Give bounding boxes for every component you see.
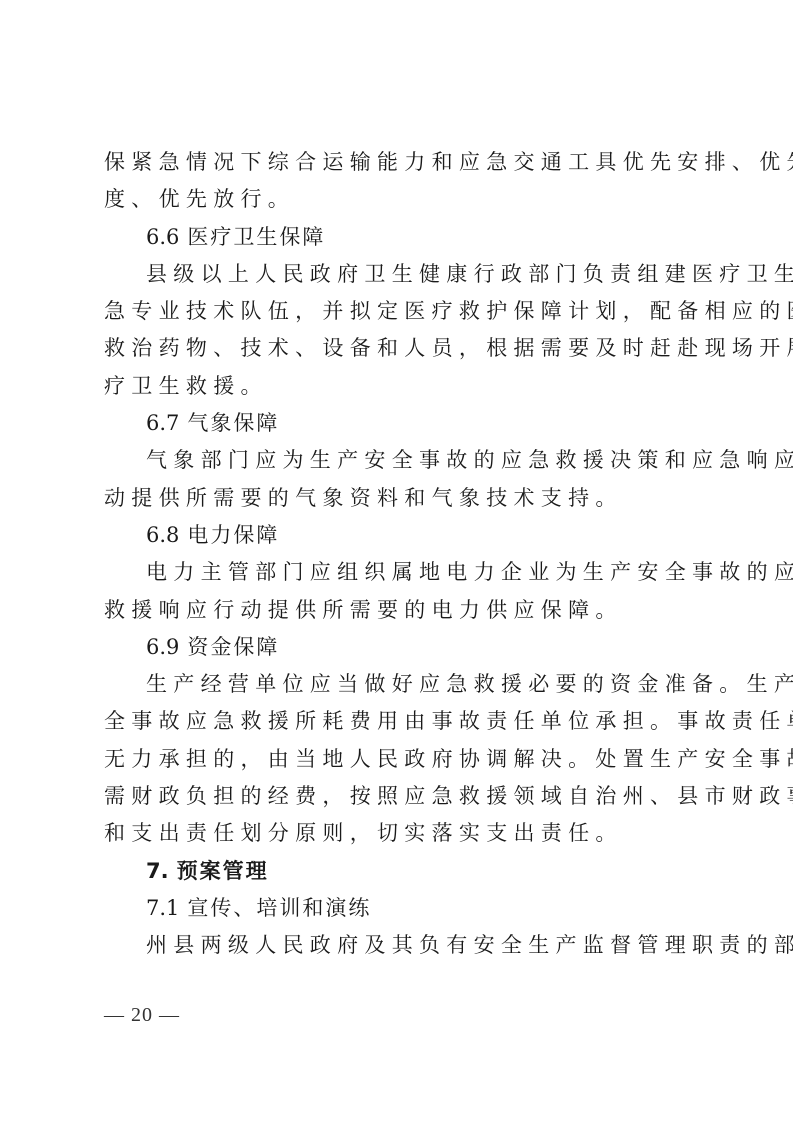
section-title: 医疗卫生保障 (187, 225, 325, 249)
paragraph-line: 气象部门应为生产安全事故的应急救援决策和应急响应行 (104, 442, 680, 479)
section-heading-7: 7.预案管理 (104, 853, 680, 890)
section-number: 6.8 (146, 523, 179, 547)
section-title: 预案管理 (177, 859, 269, 883)
section-title: 宣传、培训和演练 (187, 896, 371, 920)
paragraph-line: 电力主管部门应组织属地电力企业为生产安全事故的应急 (104, 554, 680, 591)
section-number: 6.6 (146, 225, 179, 249)
paragraph-line: 无力承担的，由当地人民政府协调解决。处置生产安全事故所 (104, 741, 680, 778)
paragraph-line: 州县两级人民政府及其负有安全生产监督管理职责的部 (104, 927, 680, 964)
section-title: 气象保障 (187, 411, 279, 435)
section-number: 6.7 (146, 411, 179, 435)
paragraph-line: 保紧急情况下综合运输能力和应急交通工具优先安排、优先调 (104, 144, 680, 181)
section-number: 6.9 (146, 635, 179, 659)
section-heading-6-8: 6.8电力保障 (104, 517, 680, 554)
paragraph-line: 动提供所需要的气象资料和气象技术支持。 (104, 480, 680, 517)
paragraph-line: 急专业技术队伍，并拟定医疗救护保障计划，配备相应的医疗 (104, 293, 680, 330)
section-heading-6-9: 6.9资金保障 (104, 629, 680, 666)
section-number: 7.1 (146, 896, 179, 920)
paragraph-line: 全事故应急救援所耗费用由事故责任单位承担。事故责任单位 (104, 703, 680, 740)
paragraph-line: 需财政负担的经费，按照应急救援领域自治州、县市财政事权 (104, 778, 680, 815)
page-number: — 20 — (104, 1004, 180, 1027)
paragraph-line: 救援响应行动提供所需要的电力供应保障。 (104, 592, 680, 629)
paragraph-line: 县级以上人民政府卫生健康行政部门负责组建医疗卫生应 (104, 256, 680, 293)
document-page: 保紧急情况下综合运输能力和应急交通工具优先安排、优先调 度、优先放行。 6.6医… (104, 144, 680, 965)
paragraph-line: 生产经营单位应当做好应急救援必要的资金准备。生产安 (104, 666, 680, 703)
paragraph-line: 疗卫生救援。 (104, 368, 680, 405)
section-heading-6-6: 6.6医疗卫生保障 (104, 219, 680, 256)
paragraph-line: 和支出责任划分原则，切实落实支出责任。 (104, 815, 680, 852)
section-heading-6-7: 6.7气象保障 (104, 405, 680, 442)
paragraph-line: 救治药物、技术、设备和人员，根据需要及时赶赴现场开展医 (104, 330, 680, 367)
section-title: 电力保障 (187, 523, 279, 547)
paragraph-line: 度、优先放行。 (104, 181, 680, 218)
section-heading-7-1: 7.1宣传、培训和演练 (104, 890, 680, 927)
section-title: 资金保障 (187, 635, 279, 659)
section-number: 7. (146, 859, 169, 883)
